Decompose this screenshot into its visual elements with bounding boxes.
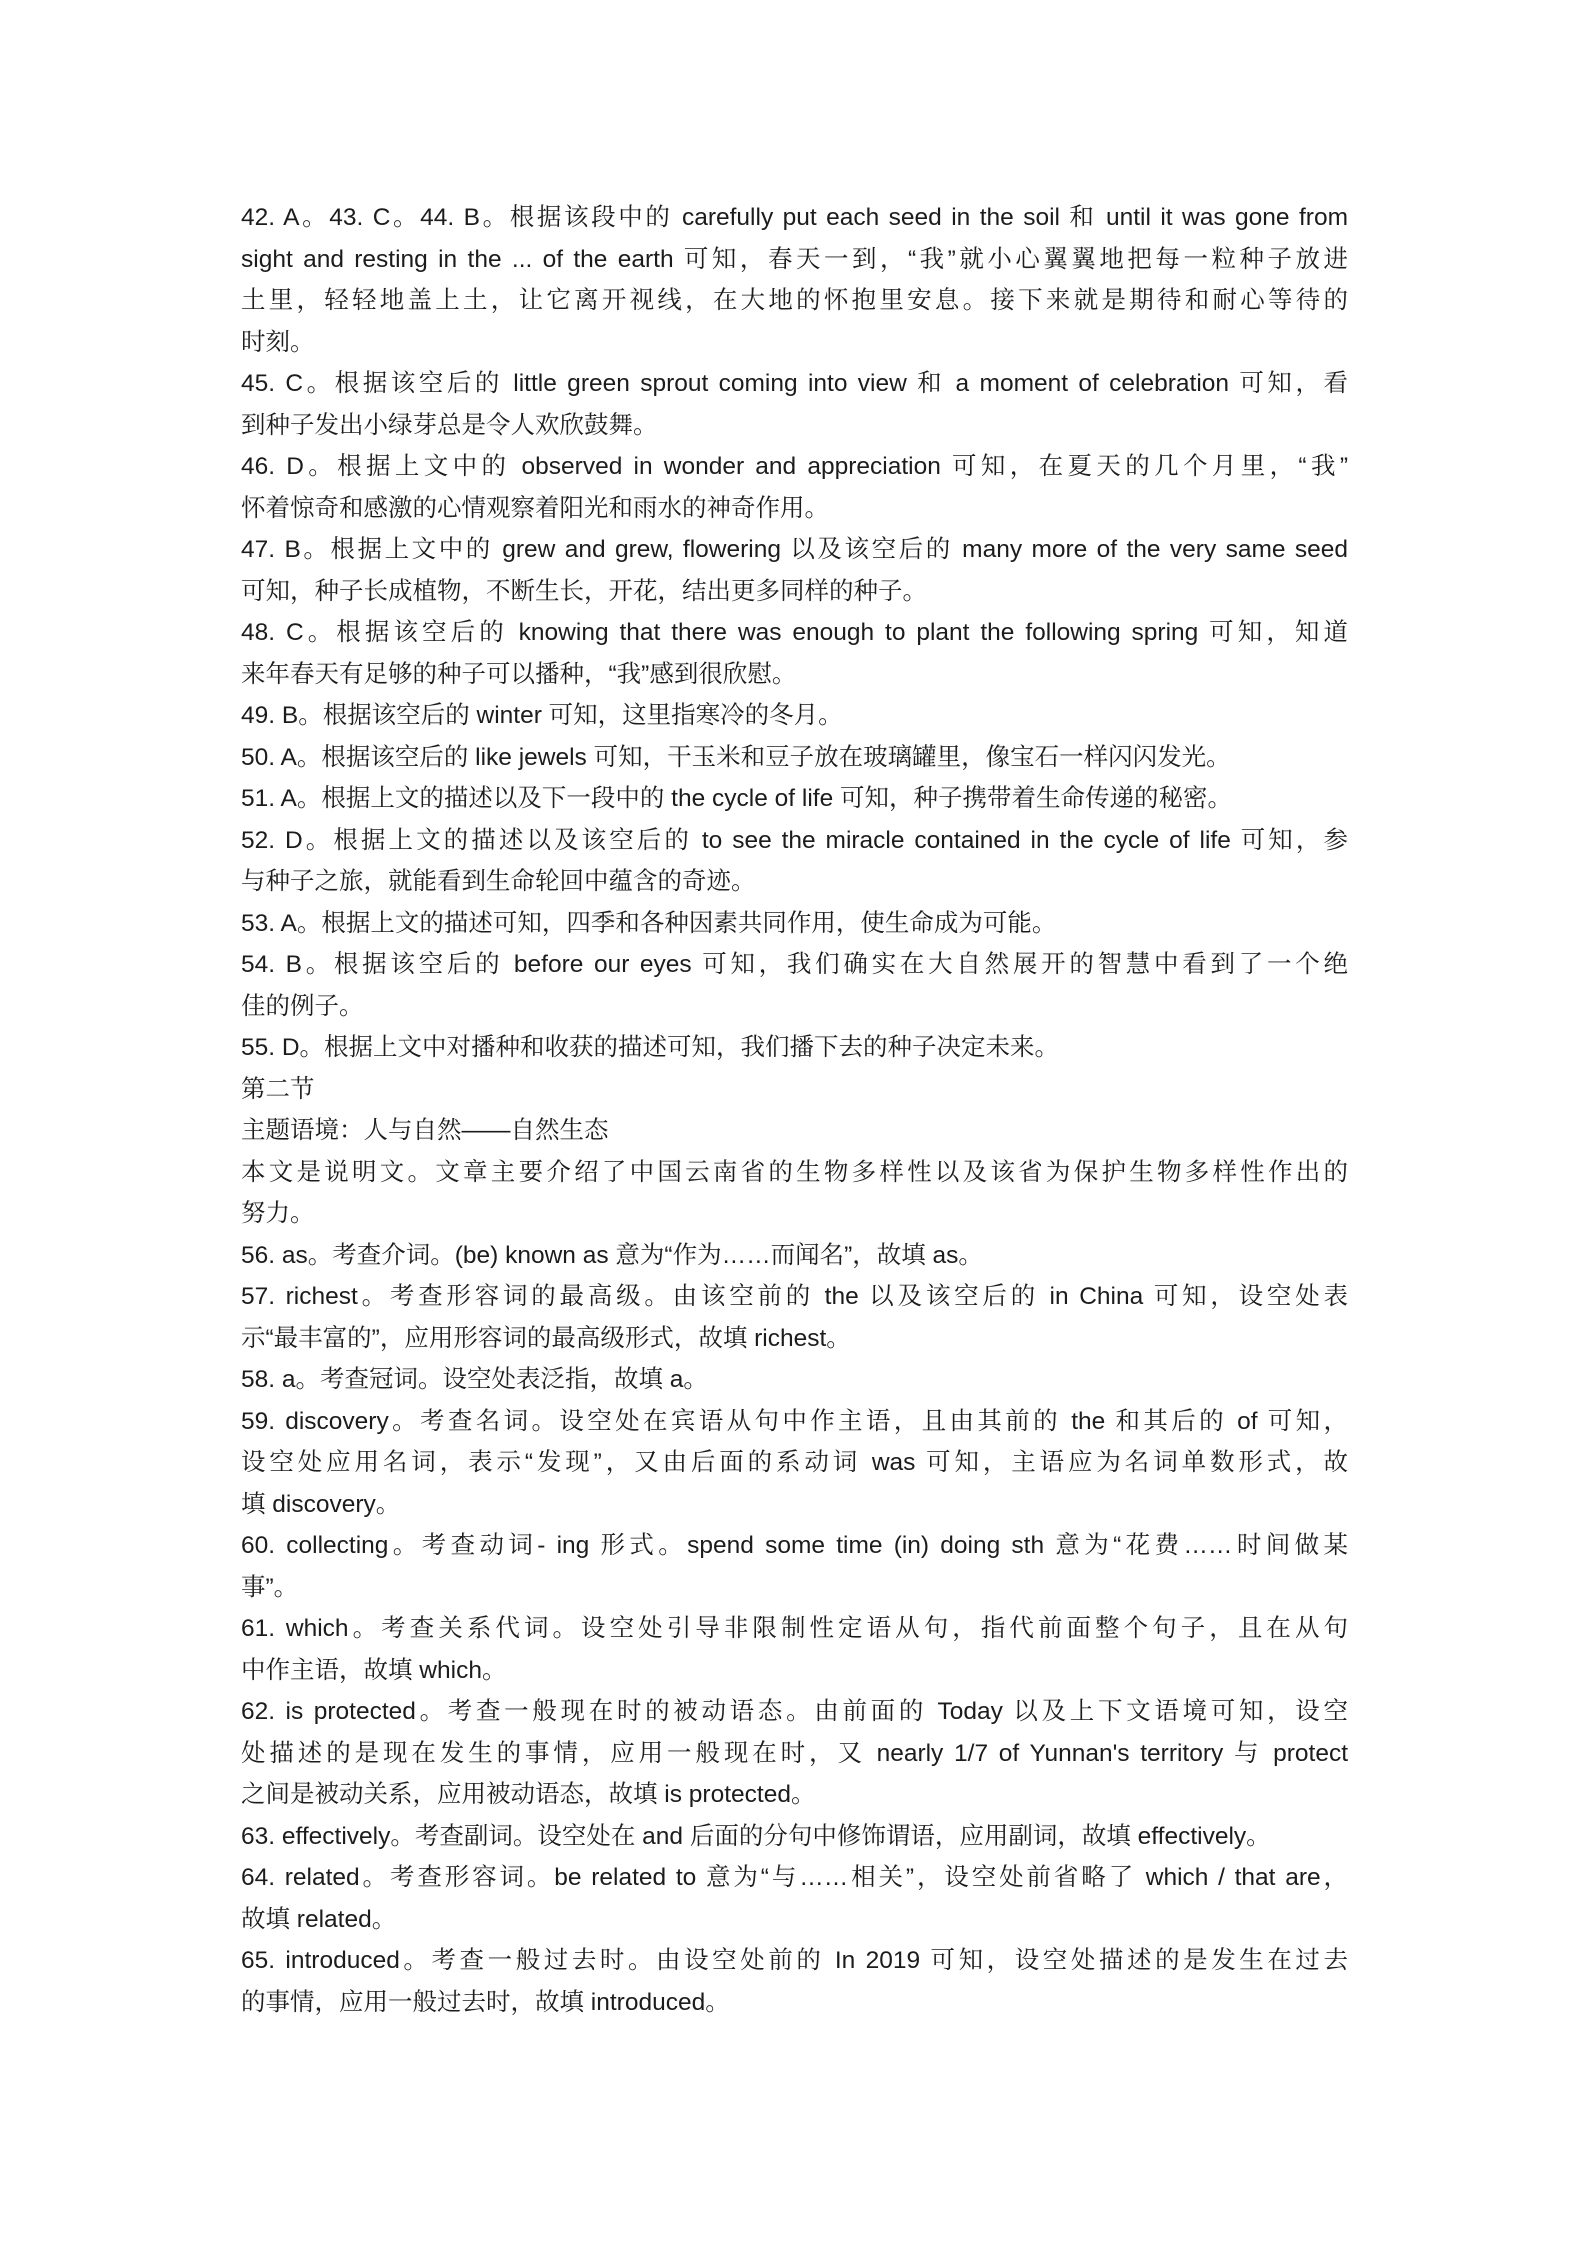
text-line: 64. related。考查形容词。be related to 意为“与……相关…: [241, 1857, 1348, 1899]
text-line: 52. D。根据上文的描述以及该空后的 to see the miracle c…: [241, 820, 1348, 862]
text-line: 59. discovery。考查名词。设空处在宾语从句中作主语，且由其前的 th…: [241, 1401, 1348, 1443]
text-line: 65. introduced。考查一般过去时。由设空处前的 In 2019 可知…: [241, 1940, 1348, 1982]
paragraph-q65: 65. introduced。考查一般过去时。由设空处前的 In 2019 可知…: [241, 1940, 1348, 2023]
text-line: 时刻。: [241, 322, 1348, 364]
paragraph-q49: 49. B。根据该空后的 winter 可知，这里指寒冷的冬月。: [241, 695, 1348, 737]
text-line: 中作主语，故填 which。: [241, 1650, 1348, 1692]
paragraph-q53: 53. A。根据上文的描述可知，四季和各种因素共同作用，使生命成为可能。: [241, 903, 1348, 945]
paragraph-q45: 45. C。根据该空后的 little green sprout coming …: [241, 363, 1348, 446]
paragraph-q42-44: 42. A。43. C。44. B。根据该段中的 carefully put e…: [241, 197, 1348, 363]
paragraph-section-heading: 第二节: [241, 1069, 1348, 1111]
text-line: 处描述的是现在发生的事情，应用一般现在时，又 nearly 1/7 of Yun…: [241, 1733, 1348, 1775]
paragraph-q64: 64. related。考查形容词。be related to 意为“与……相关…: [241, 1857, 1348, 1940]
text-line: 来年春天有足够的种子可以播种，“我”感到很欣慰。: [241, 654, 1348, 696]
paragraph-q56: 56. as。考查介词。(be) known as 意为“作为……而闻名”，故填…: [241, 1235, 1348, 1277]
text-line: 54. B。根据该空后的 before our eyes 可知，我们确实在大自然…: [241, 944, 1348, 986]
text-line: 设空处应用名词，表示“发现”，又由后面的系动词 was 可知，主语应为名词单数形…: [241, 1442, 1348, 1484]
text-line: 事”。: [241, 1567, 1348, 1609]
paragraph-q50: 50. A。根据该空后的 like jewels 可知，干玉米和豆子放在玻璃罐里…: [241, 737, 1348, 779]
paragraph-theme: 主题语境：人与自然——自然生态: [241, 1110, 1348, 1152]
paragraph-summary: 本文是说明文。文章主要介绍了中国云南省的生物多样性以及该省为保护生物多样性作出的…: [241, 1152, 1348, 1235]
text-line: 之间是被动关系，应用被动语态，故填 is protected。: [241, 1774, 1348, 1816]
paragraph-q61: 61. which。考查关系代词。设空处引导非限制性定语从句，指代前面整个句子，…: [241, 1608, 1348, 1691]
text-line: 50. A。根据该空后的 like jewels 可知，干玉米和豆子放在玻璃罐里…: [241, 737, 1348, 779]
text-line: 55. D。根据上文中对播种和收获的描述可知，我们播下去的种子决定未来。: [241, 1027, 1348, 1069]
text-line: 42. A。43. C。44. B。根据该段中的 carefully put e…: [241, 197, 1348, 239]
text-line: 怀着惊奇和感激的心情观察着阳光和雨水的神奇作用。: [241, 488, 1348, 530]
text-line: 58. a。考查冠词。设空处表泛指，故填 a。: [241, 1359, 1348, 1401]
paragraph-q51: 51. A。根据上文的描述以及下一段中的 the cycle of life 可…: [241, 778, 1348, 820]
text-line: 到种子发出小绿芽总是令人欢欣鼓舞。: [241, 405, 1348, 447]
text-line: 53. A。根据上文的描述可知，四季和各种因素共同作用，使生命成为可能。: [241, 903, 1348, 945]
text-line: 佳的例子。: [241, 986, 1348, 1028]
text-line: 46. D。根据上文中的 observed in wonder and appr…: [241, 446, 1348, 488]
paragraph-q55: 55. D。根据上文中对播种和收获的描述可知，我们播下去的种子决定未来。: [241, 1027, 1348, 1069]
text-line: sight and resting in the ... of the eart…: [241, 239, 1348, 281]
text-line: 56. as。考查介词。(be) known as 意为“作为……而闻名”，故填…: [241, 1235, 1348, 1277]
text-line: 62. is protected。考查一般现在时的被动语态。由前面的 Today…: [241, 1691, 1348, 1733]
paragraph-q46: 46. D。根据上文中的 observed in wonder and appr…: [241, 446, 1348, 529]
text-line: 45. C。根据该空后的 little green sprout coming …: [241, 363, 1348, 405]
text-line: 努力。: [241, 1193, 1348, 1235]
text-line: 48. C。根据该空后的 knowing that there was enou…: [241, 612, 1348, 654]
text-line: 可知，种子长成植物，不断生长，开花，结出更多同样的种子。: [241, 571, 1348, 613]
paragraph-q47: 47. B。根据上文中的 grew and grew, flowering 以及…: [241, 529, 1348, 612]
paragraph-q52: 52. D。根据上文的描述以及该空后的 to see the miracle c…: [241, 820, 1348, 903]
text-line: 63. effectively。考查副词。设空处在 and 后面的分句中修饰谓语…: [241, 1816, 1348, 1858]
text-line: 主题语境：人与自然——自然生态: [241, 1110, 1348, 1152]
text-line: 与种子之旅，就能看到生命轮回中蕴含的奇迹。: [241, 861, 1348, 903]
text-line: 示“最丰富的”，应用形容词的最高级形式，故填 richest。: [241, 1318, 1348, 1360]
paragraph-q57: 57. richest。考查形容词的最高级。由该空前的 the 以及该空后的 i…: [241, 1276, 1348, 1359]
paragraph-q60: 60. collecting。考查动词- ing 形式。spend some t…: [241, 1525, 1348, 1608]
text-line: 61. which。考查关系代词。设空处引导非限制性定语从句，指代前面整个句子，…: [241, 1608, 1348, 1650]
paragraph-q59: 59. discovery。考查名词。设空处在宾语从句中作主语，且由其前的 th…: [241, 1401, 1348, 1526]
paragraph-q63: 63. effectively。考查副词。设空处在 and 后面的分句中修饰谓语…: [241, 1816, 1348, 1858]
text-line: 的事情，应用一般过去时，故填 introduced。: [241, 1982, 1348, 2024]
text-line: 47. B。根据上文中的 grew and grew, flowering 以及…: [241, 529, 1348, 571]
text-line: 60. collecting。考查动词- ing 形式。spend some t…: [241, 1525, 1348, 1567]
text-line: 49. B。根据该空后的 winter 可知，这里指寒冷的冬月。: [241, 695, 1348, 737]
text-line: 土里，轻轻地盖上土，让它离开视线，在大地的怀抱里安息。接下来就是期待和耐心等待的: [241, 280, 1348, 322]
text-line: 57. richest。考查形容词的最高级。由该空前的 the 以及该空后的 i…: [241, 1276, 1348, 1318]
paragraph-q48: 48. C。根据该空后的 knowing that there was enou…: [241, 612, 1348, 695]
text-line: 本文是说明文。文章主要介绍了中国云南省的生物多样性以及该省为保护生物多样性作出的: [241, 1152, 1348, 1194]
paragraph-q62: 62. is protected。考查一般现在时的被动语态。由前面的 Today…: [241, 1691, 1348, 1816]
answer-explanation-page: 42. A。43. C。44. B。根据该段中的 carefully put e…: [241, 197, 1348, 2023]
text-line: 故填 related。: [241, 1899, 1348, 1941]
text-line: 51. A。根据上文的描述以及下一段中的 the cycle of life 可…: [241, 778, 1348, 820]
text-line: 第二节: [241, 1069, 1348, 1111]
paragraph-q58: 58. a。考查冠词。设空处表泛指，故填 a。: [241, 1359, 1348, 1401]
paragraph-q54: 54. B。根据该空后的 before our eyes 可知，我们确实在大自然…: [241, 944, 1348, 1027]
text-line: 填 discovery。: [241, 1484, 1348, 1526]
